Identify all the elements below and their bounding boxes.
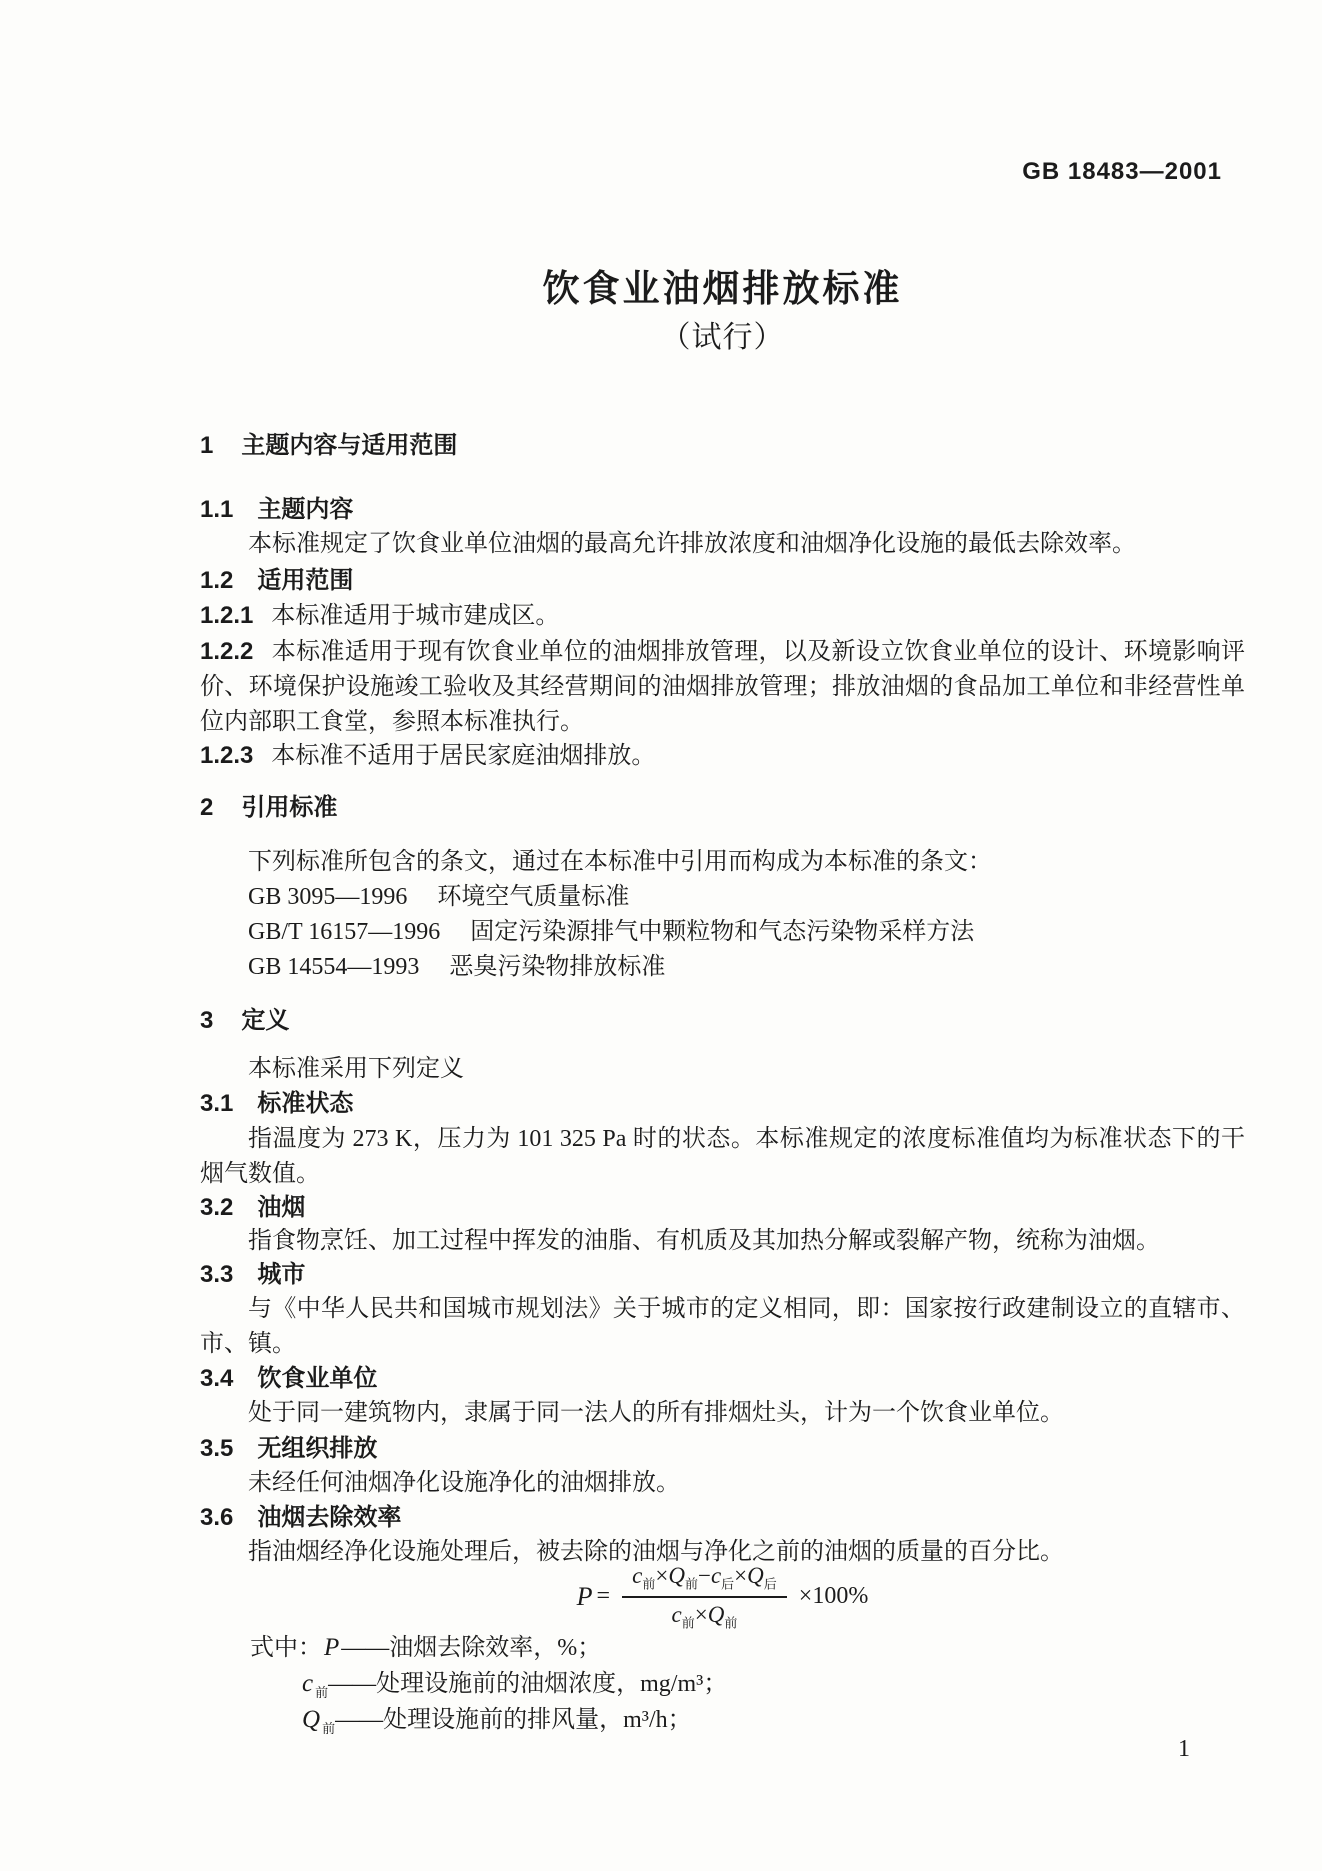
subsection-1-2-heading: 1.2适用范围	[200, 563, 1245, 598]
reference-item: GB 3095—1996环境空气质量标准	[200, 880, 1293, 915]
section-2-intro: 下列标准所包含的条文，通过在本标准中引用而构成为本标准的条文：	[200, 845, 1293, 880]
where-clause-Q: Q前——处理设施前的排风量，m³/h；	[200, 1702, 1322, 1746]
definition-3-3-heading: 3.3城市	[200, 1257, 1245, 1292]
where-description: ——处理设施前的排风量，m³/h；	[335, 1707, 692, 1733]
formula-result-factor: ×100%	[799, 1583, 869, 1610]
clause-text: 本标准不适用于居民家庭油烟排放。	[271, 743, 655, 769]
var-c: c	[302, 1670, 313, 1697]
var-Q: Q	[747, 1563, 764, 1588]
definition-title: 无组织排放	[257, 1435, 377, 1462]
definition-title: 饮食业单位	[257, 1365, 377, 1392]
definition-title: 油烟去除效率	[257, 1504, 401, 1531]
section-number: 3	[200, 1007, 213, 1034]
removal-efficiency-formula: P= c前×Q前−c后×Q后 c前×Q前 ×100%	[200, 1562, 1245, 1632]
section-2-heading: 2引用标准	[200, 790, 1245, 825]
var-Q: Q	[708, 1602, 725, 1627]
definition-3-4-heading: 3.4饮食业单位	[200, 1361, 1245, 1396]
subsection-number: 1.2	[200, 567, 233, 594]
definition-number: 3.1	[200, 1090, 233, 1117]
sub-front: 前	[322, 1721, 335, 1736]
definition-number: 3.5	[200, 1435, 233, 1462]
clause-number: 1.2.3	[200, 742, 253, 769]
sub-back: 后	[764, 1577, 777, 1592]
document-subtitle: （试行）	[200, 312, 1245, 356]
subsection-1-1-heading: 1.1主题内容	[200, 492, 1245, 527]
definition-number: 3.4	[200, 1365, 233, 1392]
formula-denominator: c前×Q前	[672, 1598, 738, 1632]
clause-1-2-2: 1.2.2本标准适用于现有饮食业单位的油烟排放管理，以及新设立饮食业单位的设计、…	[200, 634, 1245, 740]
definition-title: 标准状态	[257, 1090, 353, 1117]
section-3-heading: 3定义	[200, 1003, 1245, 1038]
where-clause-P: 式中：P——油烟去除效率，%；	[200, 1630, 1295, 1666]
definition-title: 油烟	[257, 1194, 305, 1221]
definition-3-5-body: 未经任何油烟净化设施净化的油烟排放。	[200, 1466, 1245, 1501]
clause-text: 本标准适用于城市建成区。	[271, 603, 559, 629]
times-sign: ×	[695, 1602, 708, 1627]
definition-3-5-heading: 3.5无组织排放	[200, 1431, 1245, 1466]
where-description: ——油烟去除效率，%；	[341, 1635, 601, 1661]
definition-3-1-body: 指温度为 273 K，压力为 101 325 Pa 时的状态。本标准规定的浓度标…	[200, 1122, 1245, 1192]
section-number: 2	[200, 794, 213, 821]
minus-sign: −	[698, 1563, 711, 1588]
sub-back: 后	[721, 1577, 734, 1592]
var-Q: Q	[302, 1706, 320, 1733]
clause-text: 本标准适用于现有饮食业单位的油烟排放管理，以及新设立饮食业单位的设计、环境影响评…	[200, 639, 1245, 735]
var-P: P	[324, 1634, 339, 1661]
var-c: c	[632, 1563, 642, 1588]
sub-front: 前	[642, 1577, 655, 1592]
section-number: 1	[200, 432, 213, 459]
definition-number: 3.2	[200, 1194, 233, 1221]
definition-3-2-body: 指食物烹饪、加工过程中挥发的油脂、有机质及其加热分解或裂解产物，统称为油烟。	[200, 1224, 1245, 1259]
sub-front: 前	[315, 1685, 328, 1700]
section-3-intro: 本标准采用下列定义	[200, 1052, 1293, 1087]
paragraph-1-1-body: 本标准规定了饮食业单位油烟的最高允许排放浓度和油烟净化设施的最低去除效率。	[200, 527, 1245, 562]
var-Q: Q	[668, 1563, 685, 1588]
definition-3-4-body: 处于同一建筑物内，隶属于同一法人的所有排烟灶头，计为一个饮食业单位。	[200, 1396, 1245, 1431]
where-description: ——处理设施前的油烟浓度，mg/m³；	[328, 1671, 727, 1697]
sub-front: 前	[685, 1577, 698, 1592]
clause-number: 1.2.1	[200, 602, 253, 629]
clause-1-2-3: 1.2.3本标准不适用于居民家庭油烟排放。	[200, 738, 1245, 774]
definition-3-3-body: 与《中华人民共和国城市规划法》关于城市的定义相同，即：国家按行政建制设立的直辖市…	[200, 1292, 1245, 1362]
clause-number: 1.2.2	[200, 638, 253, 665]
reference-name: 固定污染源排气中颗粒物和气态污染物采样方法	[470, 919, 974, 945]
reference-code: GB/T 16157—1996	[248, 919, 440, 945]
reference-code: GB 3095—1996	[248, 884, 407, 910]
formula-symbol-P: P	[577, 1582, 593, 1612]
page-number: 1	[1178, 1736, 1190, 1763]
formula-fraction: c前×Q前−c后×Q后 c前×Q前	[622, 1562, 787, 1632]
where-label: 式中：	[250, 1635, 322, 1661]
formula-numerator: c前×Q前−c后×Q后	[622, 1562, 787, 1598]
definition-number: 3.6	[200, 1504, 233, 1531]
subsection-title: 适用范围	[257, 567, 353, 594]
var-c: c	[711, 1563, 721, 1588]
equals-sign: =	[597, 1583, 611, 1610]
section-title: 定义	[241, 1007, 289, 1034]
definition-number: 3.3	[200, 1261, 233, 1288]
subsection-number: 1.1	[200, 496, 233, 523]
definition-3-2-heading: 3.2油烟	[200, 1190, 1245, 1225]
reference-item: GB 14554—1993恶臭污染物排放标准	[200, 950, 1293, 985]
section-title: 主题内容与适用范围	[241, 432, 457, 459]
document-title: 饮食业油烟排放标准	[200, 258, 1245, 312]
definition-3-1-heading: 3.1标准状态	[200, 1086, 1245, 1121]
reference-item: GB/T 16157—1996固定污染源排气中颗粒物和气态污染物采样方法	[200, 915, 1293, 950]
reference-name: 环境空气质量标准	[437, 884, 629, 910]
definition-3-6-heading: 3.6油烟去除效率	[200, 1500, 1245, 1535]
subsection-title: 主题内容	[257, 496, 353, 523]
document-page: GB 18483—2001 饮食业油烟排放标准 （试行） 1主题内容与适用范围 …	[0, 0, 1322, 1871]
clause-1-2-1: 1.2.1本标准适用于城市建成区。	[200, 598, 1245, 634]
sub-front: 前	[724, 1615, 737, 1630]
var-c: c	[672, 1602, 682, 1627]
times-sign: ×	[655, 1563, 668, 1588]
sub-front: 前	[682, 1615, 695, 1630]
reference-name: 恶臭污染物排放标准	[449, 954, 665, 980]
times-sign: ×	[734, 1563, 747, 1588]
section-1-heading: 1主题内容与适用范围	[200, 428, 1245, 463]
reference-code: GB 14554—1993	[248, 954, 419, 980]
section-title: 引用标准	[241, 794, 337, 821]
definition-title: 城市	[257, 1261, 305, 1288]
standard-number: GB 18483—2001	[1022, 158, 1222, 186]
